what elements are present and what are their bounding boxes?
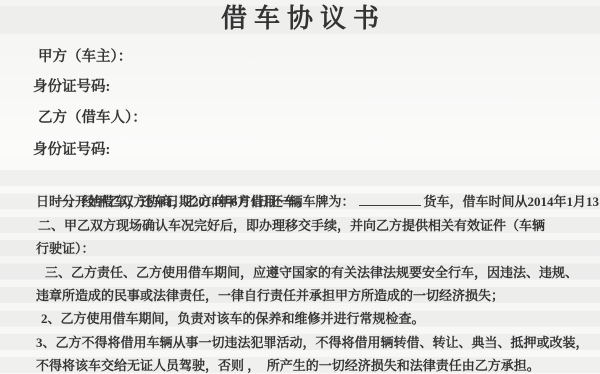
license-plate-blank-field: [359, 193, 421, 206]
party-b-id-label: 身份证号码:: [33, 141, 110, 159]
clause-item-3-line-2: 不得将该车交给无证人员驾驶，否则 ， 所产生的一切经济损失和法律责任由乙方承担。: [36, 354, 588, 374]
agreement-document: 借车协议书 甲方（车主）： 身份证号码: 乙方（借车人）： 身份证号码: 一、经…: [0, 0, 600, 374]
clause-1-text-after-blank: 货车，借车时间从2014年1月13: [424, 194, 600, 209]
clause-2-line-2: 行驶证）：: [36, 237, 588, 260]
clauses-section: 一、经甲乙双方协商，乙方向甲方借用一辆车牌为：货车，借车时间从2014年1月13…: [0, 167, 600, 374]
party-a-id-label: 身份证号码:: [33, 78, 110, 96]
document-title: 借车协议书: [0, 2, 600, 36]
clause-3-line-2: 违章所造成的民事或法律责任，一律自行责任并承担甲方所造成的一切经济损失；: [36, 284, 588, 307]
party-a-label: 甲方（车主）：: [38, 48, 132, 66]
party-b-label: 乙方（借车人）：: [38, 109, 147, 127]
clause-1-line-1: 一、经甲乙双方协商，乙方向甲方借用一辆车牌为：货车，借车时间从2014年1月13: [36, 167, 588, 190]
clause-2-line-1: 二、甲乙双方现场确认车况完好后，即办理移交手续，并向乙方提供相关有效证件（车辆: [36, 214, 588, 237]
clause-3-line-1: 三、乙方责任、乙方使用借车期间，应遵守国家的有关法律法规要安全行车，因违法、违规…: [36, 261, 588, 284]
clause-item-2-line-1: 2、乙方使用借车期间，负责对该车的保养和维修并进行常规检查。: [36, 307, 588, 330]
clause-item-3-line-1: 3、乙方不得将借用车辆从事一切违法犯罪活动，不得将借用辆转借、转让、典当、抵押或…: [36, 331, 588, 354]
